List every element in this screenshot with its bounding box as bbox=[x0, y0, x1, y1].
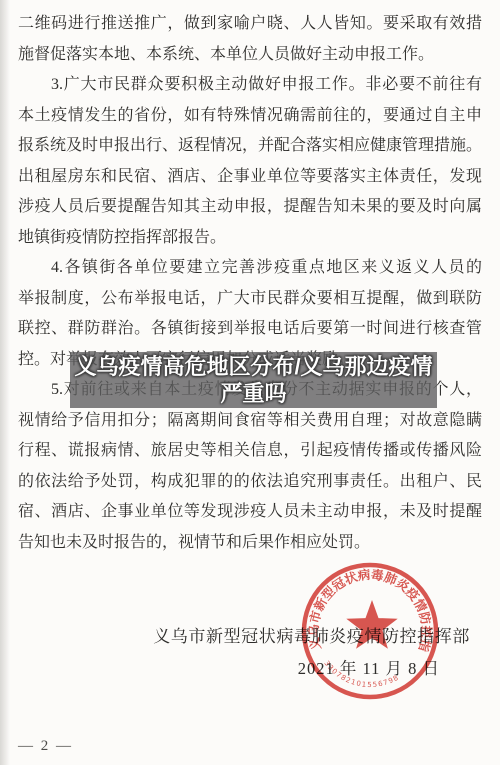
document-page: 二维码进行推送推广，做到家喻户晓、人人皆知。要采取有效措 施督促落实本地、本系统… bbox=[0, 0, 500, 765]
body-text-line: 地镇街疫情防控指挥部报告。 bbox=[18, 223, 482, 254]
body-text-line: 联控、群防群治。各镇街接到举报电话后要第一时间进行核查管 bbox=[18, 314, 482, 345]
body-text-line: 涉疫人员后要提醒告知其主动申报，提醒告知未果的要及时向属 bbox=[18, 192, 482, 223]
body-text-line: 的依法给予处罚，构成犯罪的的依法追究刑事责任。出租户、民 bbox=[18, 467, 482, 498]
body-text-line: 出租屋房东和民宿、酒店、企事业单位等要落实主体责任，发现 bbox=[18, 162, 482, 193]
body-text-line: 施督促落实本地、本系统、本单位人员做好主动申报工作。 bbox=[18, 40, 482, 71]
body-text-line: 4.各镇街各单位要建立完善涉疫重点地区来义返义人员的 bbox=[18, 253, 482, 284]
star-icon bbox=[346, 600, 397, 649]
scan-edge-shadow bbox=[0, 0, 10, 765]
body-text-line: 本土疫情发生的省份，如有特殊情况确需前往的，要通过自主申 bbox=[18, 101, 482, 132]
title-overlay-banner: 义乌疫情高危地区分布/义乌那边疫情严重吗 bbox=[70, 352, 437, 408]
official-seal: 义乌市新型冠状病毒肺炎疫情防控指挥部 330782101556798 bbox=[300, 561, 440, 701]
body-text-line: 二维码进行推送推广，做到家喻户晓、人人皆知。要采取有效措 bbox=[18, 9, 482, 40]
body-text-line: 宿、酒店、企事业单位等发现涉疫人员未主动申报，未及时提醒 bbox=[18, 497, 482, 528]
body-text-line: 行程、谎报病情、旅居史等相关信息，引起疫情传播或传播风险 bbox=[18, 436, 482, 467]
page-number: — 2 — bbox=[18, 738, 73, 755]
document-body: 二维码进行推送推广，做到家喻户晓、人人皆知。要采取有效措 施督促落实本地、本系统… bbox=[18, 9, 482, 558]
body-text-line: 视情给予信用扣分；隔离期间食宿等相关费用自理；对故意隐瞒 bbox=[18, 406, 482, 437]
body-text-line: 报系统及时申报出行、返程情况，并配合落实相应健康管理措施。 bbox=[18, 131, 482, 162]
overlay-title: 义乌疫情高危地区分布/义乌那边疫情严重吗 bbox=[70, 353, 437, 407]
body-text-line: 3.广大市民群众要积极主动做好申报工作。非必要不前往有 bbox=[18, 70, 482, 101]
body-text-line: 举报制度，公布举报电话，广大市民群众要相互提醒，做到联防 bbox=[18, 284, 482, 315]
body-text-line: 告知也未及时报告的，视情节和后果作相应处罚。 bbox=[18, 528, 482, 559]
